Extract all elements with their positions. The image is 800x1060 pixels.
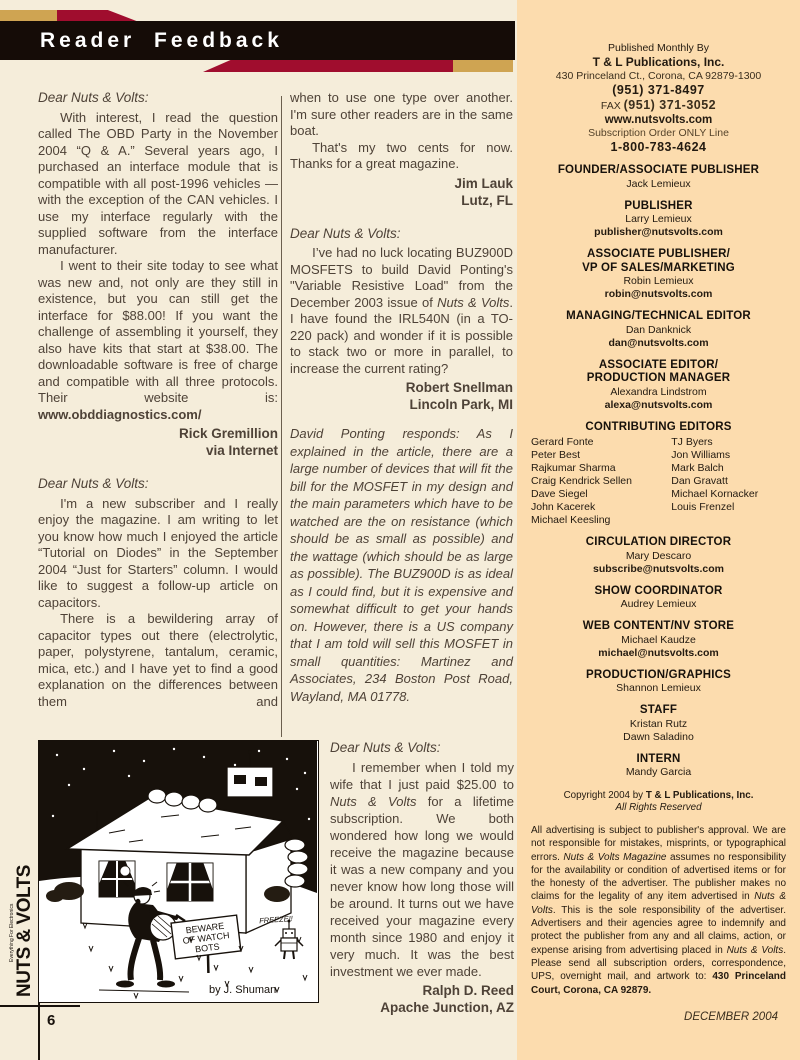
section-title: SHOW COORDINATOR xyxy=(531,585,786,599)
masthead-section: FOUNDER/ASSOCIATE PUBLISHER Jack Lemieux xyxy=(531,164,786,191)
spacer xyxy=(38,459,278,476)
letter-salutation: Dear Nuts & Volts: xyxy=(290,226,513,243)
editor-name: Louis Frenzel xyxy=(671,501,786,514)
letter4-p1-tail: for a lifetime subscription. We both won… xyxy=(330,794,514,979)
letter1-paragraph2: I went to their site today to see what w… xyxy=(38,258,278,423)
contributing-editors-section: CONTRIBUTING EDITORS Gerard FontePeter B… xyxy=(531,421,786,528)
ground-line xyxy=(99,990,189,992)
letter2-paragraph2: There is a bewildering array of capacito… xyxy=(38,611,278,710)
contributing-editors-left: Gerard FontePeter BestRajkumar SharmaCra… xyxy=(531,436,671,527)
editor-name: John Kacerek xyxy=(531,501,671,514)
editor-name: Michael Keesling xyxy=(531,514,671,527)
section-name: Dawn Saladino xyxy=(531,731,786,744)
section-name: Robin Lemieux xyxy=(531,275,786,288)
masthead-section: WEB CONTENT/NV STORE Michael Kaudze mich… xyxy=(531,620,786,660)
section-title: WEB CONTENT/NV STORE xyxy=(531,620,786,634)
letter4-paragraph1: I remember when I told my wife that I ju… xyxy=(330,759,514,980)
section-title: INTERN xyxy=(531,753,786,767)
letter3-signature: Robert Snellman Lincoln Park, MI xyxy=(290,379,513,413)
magazine-logo-text: NUTS & VOLTS xyxy=(14,865,36,997)
section-email: michael@nutsvolts.com xyxy=(531,647,786,660)
section-title: ASSOCIATE PUBLISHER/ xyxy=(531,248,786,262)
spacer xyxy=(290,413,513,425)
published-by: Published Monthly By xyxy=(531,42,786,55)
letter3-signer: Robert Snellman xyxy=(290,379,513,396)
masthead-section: INTERN Mandy Garcia xyxy=(531,753,786,780)
cartoon-svg: BEWARE OF WATCH BOTS FREEZE!! xyxy=(39,741,317,1001)
masthead-column: Published Monthly By T & L Publications,… xyxy=(517,0,800,1060)
letter1-signature: Rick Gremillion via Internet xyxy=(38,425,278,459)
section-name: Dan Danknick xyxy=(531,324,786,337)
footer-horizontal-rule xyxy=(0,1005,80,1007)
letter-salutation: Dear Nuts & Volts: xyxy=(38,90,278,107)
section-name: Shannon Lemieux xyxy=(531,682,786,695)
letter2-signature: Jim Lauk Lutz, FL xyxy=(290,175,513,209)
section-name: Larry Lemieux xyxy=(531,213,786,226)
section-name: Michael Kaudze xyxy=(531,634,786,647)
footer-vertical-rule xyxy=(38,1002,40,1060)
letter4-origin: Apache Junction, AZ xyxy=(330,999,514,1016)
editor-name: Gerard Fonte xyxy=(531,436,671,449)
magazine-page: Reader Feedback Dear Nuts & Volts: With … xyxy=(0,0,800,1060)
publisher-company: T & L Publications, Inc. xyxy=(531,55,786,69)
editor-name: Rajkumar Sharma xyxy=(531,462,671,475)
letter1-paragraph1: With interest, I read the question calle… xyxy=(38,110,278,259)
editor-name: Mark Balch xyxy=(671,462,786,475)
header-gold-strip xyxy=(453,60,513,72)
subscription-label: Subscription Order ONLY Line xyxy=(531,127,786,140)
editor-name: Jon Williams xyxy=(671,449,786,462)
disclaimer-magazine-name: Nuts & Volts xyxy=(727,945,784,956)
section-email: dan@nutsvolts.com xyxy=(531,337,786,350)
page-title: Reader Feedback xyxy=(40,21,283,60)
issue-date: DECEMBER 2004 xyxy=(531,1011,786,1023)
masthead-section: SHOW COORDINATOR Audrey Lemieux xyxy=(531,585,786,612)
section-email: publisher@nutsvolts.com xyxy=(531,226,786,239)
header-maroon-strip xyxy=(203,60,453,72)
section-title: CONTRIBUTING EDITORS xyxy=(531,421,786,435)
disclaimer-magazine-name: Nuts & Volts Magazine xyxy=(563,852,666,863)
masthead-section: MANAGING/TECHNICAL EDITOR Dan Danknick d… xyxy=(531,310,786,350)
letter3-paragraph1: I’ve had no luck locating BUZ900D MOSFET… xyxy=(290,245,513,377)
editor-name: Michael Kornacker xyxy=(671,488,786,501)
advertising-disclaimer: All advertising is subject to publisher'… xyxy=(531,824,786,997)
letter1-p2-text: I went to their site today to see what w… xyxy=(38,258,278,405)
section-email: robin@nutsvolts.com xyxy=(531,288,786,301)
letter1-origin: via Internet xyxy=(38,442,278,459)
editor-name: TJ Byers xyxy=(671,436,786,449)
letter2-paragraph3: That's my two cents for now. Thanks for … xyxy=(290,140,513,173)
masthead-section: STAFF Kristan Rutz Dawn Saladino xyxy=(531,704,786,744)
editor-name: Peter Best xyxy=(531,449,671,462)
magazine-logo: NUTS & VOLTS Everything For Electronics xyxy=(8,858,42,1004)
section-title: MANAGING/TECHNICAL EDITOR xyxy=(531,310,786,324)
letter4-signer: Ralph D. Reed xyxy=(330,982,514,999)
masthead-section: ASSOCIATE PUBLISHER/ VP OF SALES/MARKETI… xyxy=(531,248,786,301)
masthead-section: CIRCULATION DIRECTOR Mary Descaro subscr… xyxy=(531,536,786,576)
copyright-company: T & L Publications, Inc. xyxy=(646,790,754,801)
section-name: Alexandra Lindstrom xyxy=(531,386,786,399)
section-name: Mary Descaro xyxy=(531,550,786,563)
spacer xyxy=(290,209,513,226)
letter4-block: Dear Nuts & Volts: I remember when I tol… xyxy=(330,739,514,1016)
letter-salutation: Dear Nuts & Volts: xyxy=(38,476,278,493)
letter4-p1-text: I remember when I told my wife that I ju… xyxy=(330,760,514,792)
editor-response: David Ponting responds: As I explained i… xyxy=(290,425,513,705)
copyright-line: Copyright 2004 by T & L Publications, In… xyxy=(531,790,786,802)
section-title: FOUNDER/ASSOCIATE PUBLISHER xyxy=(531,164,786,178)
section-name: Kristan Rutz xyxy=(531,718,786,731)
cartoon-illustration: BEWARE OF WATCH BOTS FREEZE!! xyxy=(38,740,319,1003)
subscription-phone: 1-800-783-4624 xyxy=(531,140,786,155)
publisher-phone: (951) 371-8497 xyxy=(531,83,786,98)
publisher-fax: FAX (951) 371-3052 xyxy=(531,98,786,113)
section-title: PRODUCTION/GRAPHICS xyxy=(531,669,786,683)
masthead-section: PUBLISHER Larry Lemieux publisher@nutsvo… xyxy=(531,200,786,240)
page-number: 6 xyxy=(47,1012,55,1029)
section-title: PUBLISHER xyxy=(531,200,786,214)
letter3-origin: Lincoln Park, MI xyxy=(290,396,513,413)
letters-column-middle: when to use one type over another. I'm s… xyxy=(290,90,513,705)
section-title: ASSOCIATE EDITOR/ xyxy=(531,359,786,373)
section-name: Audrey Lemieux xyxy=(531,598,786,611)
header-gold-bar xyxy=(0,10,57,21)
letter4-magazine-name: Nuts & Volts xyxy=(330,794,416,809)
fax-label: FAX xyxy=(601,100,624,112)
letter2-paragraph1: I'm a new subscriber and I really enjoy … xyxy=(38,496,278,612)
letter4-signature: Ralph D. Reed Apache Junction, AZ xyxy=(330,982,514,1016)
publisher-website: www.nutsvolts.com xyxy=(531,113,786,127)
section-title: STAFF xyxy=(531,704,786,718)
section-name: Jack Lemieux xyxy=(531,178,786,191)
beware-sign: BEWARE OF WATCH BOTS xyxy=(171,915,243,977)
letter3-magazine-name: Nuts & Volts xyxy=(437,295,509,310)
section-title-line2: VP OF SALES/MARKETING xyxy=(531,262,786,276)
letter1-website: www.obddiagnostics.com/ xyxy=(38,407,201,422)
section-title: CIRCULATION DIRECTOR xyxy=(531,536,786,550)
section-name: Mandy Garcia xyxy=(531,766,786,779)
letter2-paragraph2-continued: when to use one type over another. I'm s… xyxy=(290,90,513,140)
fax-number: (951) 371-3052 xyxy=(624,98,716,112)
column-divider xyxy=(281,96,282,737)
publisher-address: 430 Princeland Ct., Corona, CA 92879-130… xyxy=(531,69,786,83)
watch-bot xyxy=(275,920,303,960)
copyright-prefix: Copyright 2004 by xyxy=(564,790,646,801)
letters-column-left: Dear Nuts & Volts: With interest, I read… xyxy=(38,90,278,710)
masthead-section: PRODUCTION/GRAPHICS Shannon Lemieux xyxy=(531,669,786,696)
contributing-editors-right: TJ ByersJon WilliamsMark BalchDan Gravat… xyxy=(671,436,786,527)
section-email: subscribe@nutsvolts.com xyxy=(531,563,786,576)
contributing-editors-columns: Gerard FontePeter BestRajkumar SharmaCra… xyxy=(531,436,786,527)
section-email: alexa@nutsvolts.com xyxy=(531,399,786,412)
letter1-signer: Rick Gremillion xyxy=(38,425,278,442)
editor-name: Craig Kendrick Sellen xyxy=(531,475,671,488)
letter2-origin: Lutz, FL xyxy=(290,192,513,209)
cartoon-credit: by J. Shuman xyxy=(209,984,276,996)
section-title-line2: PRODUCTION MANAGER xyxy=(531,372,786,386)
letter-salutation: Dear Nuts & Volts: xyxy=(330,739,514,756)
rights-line: All Rights Reserved xyxy=(531,802,786,814)
letter2-signer: Jim Lauk xyxy=(290,175,513,192)
editor-name: Dave Siegel xyxy=(531,488,671,501)
editor-name: Dan Gravatt xyxy=(671,475,786,488)
logo-tagline: Everything For Electronics xyxy=(9,904,15,962)
masthead-section: ASSOCIATE EDITOR/ PRODUCTION MANAGER Ale… xyxy=(531,359,786,412)
